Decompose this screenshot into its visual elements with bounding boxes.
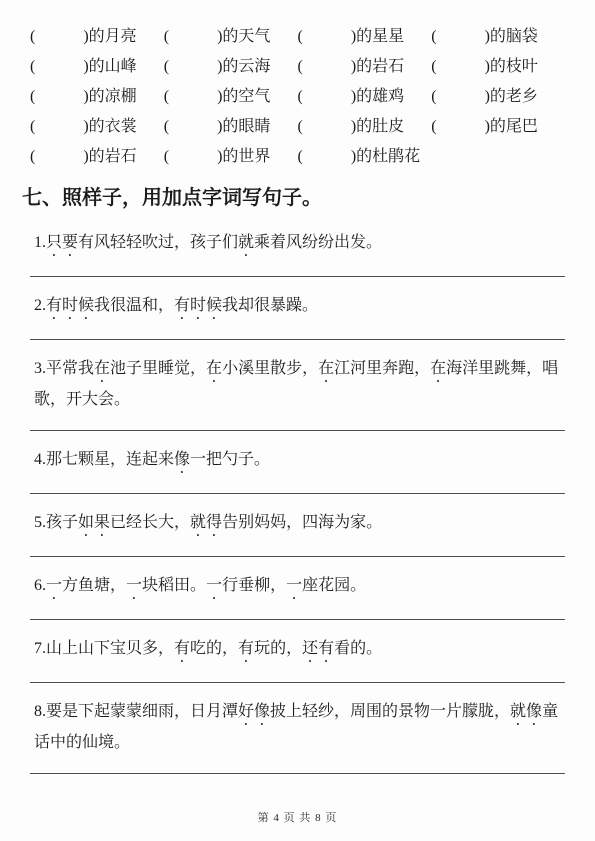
emphasized-word: 有时候 [46,297,94,314]
sentence-segment: 7.山上山下宝贝多， [34,640,174,657]
phrase-blank: ( )的杜鹃花 [298,146,432,167]
sentence-segment: 江河里奔跑， [334,360,430,377]
sentence-segment: 我很温和， [94,297,174,314]
page-footer: 第 4 页 共 8 页 [0,809,595,825]
phrase-blank: ( )的岩石 [30,146,164,167]
phrase-blank: ( )的月亮 [30,26,164,47]
sentence-text-5: 5.孩子如果已经长大，就得告别妈妈，四海为家。 [30,494,565,556]
sentence-block-8: 8.要是下起蒙蒙细雨，日月潭好像披上轻纱，周围的景物一片朦胧，就像童话中的仙境。 [30,683,565,774]
sentence-segment: 一把勺子。 [190,451,270,468]
sentence-segment: 披上轻纱，周围的景物一片朦胧， [270,703,510,720]
sentence-block-1: 1.只要有风轻轻吹过，孩子们就乘着风纷纷出发。 [30,214,565,277]
emphasized-word: 只要 [46,234,78,251]
emphasized-word: 还有 [302,640,334,657]
sentence-segment: 池子里睡觉， [110,360,206,377]
section-title: 七、照样子，用加点字词写句子。 [22,184,565,212]
emphasized-word: 在 [206,360,222,377]
sentence-segment: 吃的， [190,640,238,657]
phrase-blank: ( )的肚皮 [298,116,432,137]
sentence-segment: 块稻田。 [142,577,206,594]
sentence-segment: 4.那七颗星，连起来 [34,451,174,468]
sentence-text-4: 4.那七颗星，连起来像一把勺子。 [30,431,565,493]
sentence-segment: 看的。 [334,640,382,657]
emphasized-word: 像 [174,451,190,468]
sentence-segment: 小溪里散步， [222,360,318,377]
sentence-block-2: 2.有时候我很温和，有时候我却很暴躁。 [30,277,565,340]
emphasized-word: 有 [174,640,190,657]
emphasized-word: 在 [94,360,110,377]
phrase-blank: ( )的星星 [298,26,432,47]
emphasized-word: 在 [430,360,446,377]
sentence-segment: 5.孩子 [34,514,78,531]
sentence-text-3: 3.平常我在池子里睡觉，在小溪里散步，在江河里奔跑，在海洋里跳舞，唱歌，开大会。 [30,340,565,430]
phrase-blank: ( )的枝叶 [431,56,565,77]
emphasized-word: 一 [206,577,222,594]
emphasized-word: 有 [238,640,254,657]
sentence-segment: 8.要是下起蒙蒙细雨，日月潭 [34,703,238,720]
emphasized-word: 一 [126,577,142,594]
emphasized-word: 好像 [238,703,270,720]
worksheet-page: ( )的月亮 ( )的天气 ( )的星星 ( )的脑袋 ( )的山峰 ( )的云… [0,0,595,841]
phrase-blank: ( )的云海 [164,56,298,77]
phrase-blank: ( )的眼睛 [164,116,298,137]
emphasized-word: 一 [46,577,62,594]
phrase-blank: ( )的衣裳 [30,116,164,137]
phrase-blank: ( )的尾巴 [431,116,565,137]
sentence-text-8: 8.要是下起蒙蒙细雨，日月潭好像披上轻纱，周围的景物一片朦胧，就像童话中的仙境。 [30,683,565,773]
sentence-block-6: 6.一方鱼塘，一块稻田。一行垂柳，一座花园。 [30,557,565,620]
emphasized-word: 有时候 [174,297,222,314]
phrase-blank: ( )的老乡 [431,86,565,107]
sentence-segment: 座花园。 [302,577,366,594]
sentence-list: 1.只要有风轻轻吹过，孩子们就乘着风纷纷出发。 2.有时候我很温和，有时候我却很… [30,214,565,774]
sentence-text-6: 6.一方鱼塘，一块稻田。一行垂柳，一座花园。 [30,557,565,619]
sentence-segment: 我却很暴躁。 [222,297,318,314]
sentence-segment: 1. [34,234,46,251]
sentence-segment: 乘着风纷纷出发。 [254,234,382,251]
sentence-segment: 已经长大， [110,514,190,531]
phrase-blank: ( )的岩石 [298,56,432,77]
sentence-text-7: 7.山上山下宝贝多，有吃的，有玩的，还有看的。 [30,620,565,682]
emphasized-word: 就得 [190,514,222,531]
sentence-block-7: 7.山上山下宝贝多，有吃的，有玩的，还有看的。 [30,620,565,683]
sentence-segment: 玩的， [254,640,302,657]
page-number: 第 4 页 共 8 页 [258,812,338,824]
answer-line-8 [30,773,565,774]
sentence-segment: 告别妈妈，四海为家。 [222,514,382,531]
sentence-block-4: 4.那七颗星，连起来像一把勺子。 [30,431,565,494]
emphasized-word: 在 [318,360,334,377]
phrase-blank: ( )的脑袋 [431,26,565,47]
phrase-blank: ( )的天气 [164,26,298,47]
sentence-segment: 2. [34,297,46,314]
sentence-segment: 方鱼塘， [62,577,126,594]
phrase-grid: ( )的月亮 ( )的天气 ( )的星星 ( )的脑袋 ( )的山峰 ( )的云… [30,26,565,167]
phrase-blank: ( )的世界 [164,146,298,167]
phrase-blank: ( )的空气 [164,86,298,107]
sentence-segment: 有风轻轻吹过，孩子们 [78,234,238,251]
sentence-block-3: 3.平常我在池子里睡觉，在小溪里散步，在江河里奔跑，在海洋里跳舞，唱歌，开大会。 [30,340,565,431]
sentence-text-2: 2.有时候我很温和，有时候我却很暴躁。 [30,277,565,339]
sentence-segment: 行垂柳， [222,577,286,594]
sentence-block-5: 5.孩子如果已经长大，就得告别妈妈，四海为家。 [30,494,565,557]
phrase-blank: ( )的雄鸡 [298,86,432,107]
phrase-blank: ( )的凉棚 [30,86,164,107]
emphasized-word: 一 [286,577,302,594]
sentence-text-1: 1.只要有风轻轻吹过，孩子们就乘着风纷纷出发。 [30,214,565,276]
emphasized-word: 就像 [510,703,542,720]
emphasized-word: 如果 [78,514,110,531]
emphasized-word: 就 [238,234,254,251]
phrase-blank: ( )的山峰 [30,56,164,77]
sentence-segment: 6. [34,577,46,594]
sentence-segment: 3.平常我 [34,360,94,377]
